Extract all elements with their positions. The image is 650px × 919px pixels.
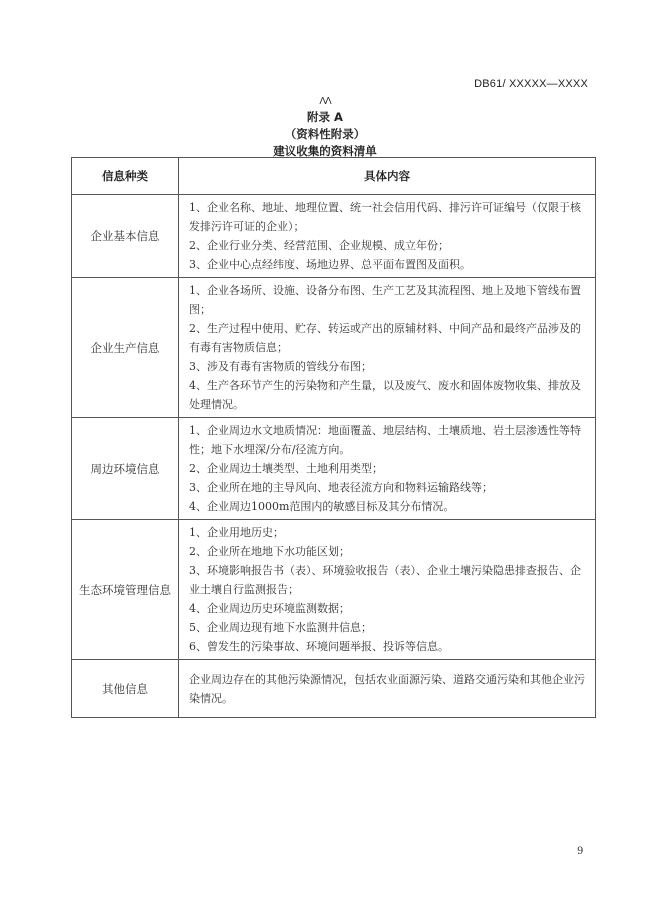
content-item: 3、环境影响报告书（表）、环境验收报告（表）、企业土壤污染隐患排查报告、企业土壤…	[189, 561, 587, 599]
table-row: 其他信息 企业周边存在的其他污染源情况，包括农业面源污染、道路交通污染和其他企业…	[72, 660, 596, 718]
row-category: 企业生产信息	[72, 278, 179, 418]
content-item: 2、生产过程中使用、贮存、转运或产出的原辅材料、中间产品和最终产品涉及的有毒有害…	[189, 319, 587, 357]
table-row: 生态环境管理信息 1、企业用地历史； 2、企业所在地地下水功能区划； 3、环境影…	[72, 520, 596, 660]
content-item: 4、企业周边1000m范围内的敏感目标及其分布情况。	[189, 497, 587, 516]
content-item: 4、企业周边历史环境监测数据；	[189, 599, 587, 618]
row-category: 周边环境信息	[72, 418, 179, 520]
content-item: 企业周边存在的其他污染源情况，包括农业面源污染、道路交通污染和其他企业污染情况。	[189, 670, 587, 708]
data-collection-table: 信息种类 具体内容 企业基本信息 1、企业名称、地址、地理位置、统一社会信用代码…	[71, 157, 596, 718]
row-content: 1、企业周边水文地质情况：地面覆盖、地层结构、土壤质地、岩土层渗透性等特性；地下…	[179, 418, 596, 520]
row-category: 生态环境管理信息	[72, 520, 179, 660]
table-row: 企业基本信息 1、企业名称、地址、地理位置、统一社会信用代码、排污许可证编号（仅…	[72, 195, 596, 278]
row-content: 企业周边存在的其他污染源情况，包括农业面源污染、道路交通污染和其他企业污染情况。	[179, 660, 596, 718]
row-content: 1、企业名称、地址、地理位置、统一社会信用代码、排污许可证编号（仅限于核发排污许…	[179, 195, 596, 278]
row-content: 1、企业各场所、设施、设备分布图、生产工艺及其流程图、地上及地下管线布置图； 2…	[179, 278, 596, 418]
content-item: 2、企业所在地地下水功能区划；	[189, 542, 587, 561]
content-item: 3、涉及有毒有害物质的管线分布图；	[189, 357, 587, 376]
header-category: 信息种类	[72, 158, 179, 195]
table-row: 周边环境信息 1、企业周边水文地质情况：地面覆盖、地层结构、土壤质地、岩土层渗透…	[72, 418, 596, 520]
document-code: DB61/ XXXXX—XXXX	[474, 78, 588, 90]
row-content: 1、企业用地历史； 2、企业所在地地下水功能区划； 3、环境影响报告书（表）、环…	[179, 520, 596, 660]
header-content: 具体内容	[179, 158, 596, 195]
content-item: 6、曾发生的污染事故、环境问题举报、投诉等信息。	[189, 637, 587, 656]
content-item: 2、企业周边土壤类型、土地利用类型；	[189, 459, 587, 478]
content-item: 3、企业中心点经纬度、场地边界、总平面布置图及面积。	[189, 255, 587, 274]
content-item: 1、企业周边水文地质情况：地面覆盖、地层结构、土壤质地、岩土层渗透性等特性；地下…	[189, 421, 587, 459]
content-item: 1、企业名称、地址、地理位置、统一社会信用代码、排污许可证编号（仅限于核发排污许…	[189, 198, 587, 236]
row-category: 企业基本信息	[72, 195, 179, 278]
appendix-title: 附录 A	[0, 109, 650, 125]
appendix-type: （资料性附录）	[0, 126, 650, 142]
content-item: 1、企业用地历史；	[189, 523, 587, 542]
section-mark: ΛΛ	[0, 96, 650, 107]
page-number: 9	[577, 846, 583, 857]
content-item: 5、企业周边现有地下水监测井信息；	[189, 618, 587, 637]
content-item: 2、企业行业分类、经营范围、企业规模、成立年份；	[189, 236, 587, 255]
table-header-row: 信息种类 具体内容	[72, 158, 596, 195]
content-item: 4、生产各环节产生的污染物和产生量，以及废气、废水和固体废物收集、排放及处理情况…	[189, 376, 587, 414]
table-row: 企业生产信息 1、企业各场所、设施、设备分布图、生产工艺及其流程图、地上及地下管…	[72, 278, 596, 418]
content-item: 3、企业所在地的主导风向、地表径流方向和物料运输路线等；	[189, 478, 587, 497]
row-category: 其他信息	[72, 660, 179, 718]
content-item: 1、企业各场所、设施、设备分布图、生产工艺及其流程图、地上及地下管线布置图；	[189, 281, 587, 319]
